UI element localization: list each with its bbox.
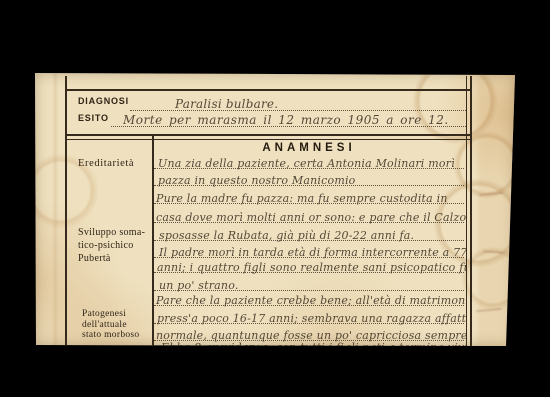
diagnosi-value: Paralisi bulbare.	[175, 97, 278, 111]
table-right-border-inner	[466, 76, 467, 346]
diagnosi-label: DIAGNOSI	[78, 96, 129, 106]
sviluppo-label-line3: Pubertà	[78, 252, 145, 265]
anamnesi-title: ANAMNESI	[152, 142, 466, 154]
handwritten-line: sposasse la Rubata, già più di 20-22 ann…	[159, 229, 414, 242]
sviluppo-label-line1: Sviluppo soma-	[78, 226, 145, 239]
table-top-rule	[65, 89, 472, 91]
handwritten-line: Pure la madre fu pazza: ma fu sempre cus…	[156, 192, 448, 205]
handwritten-line: Una zia della paziente, certa Antonia Mo…	[158, 157, 455, 170]
table-right-border-outer	[470, 76, 472, 346]
section-divider-thin	[65, 139, 472, 140]
ereditarieta-label: Ereditarietà	[78, 158, 134, 169]
handwritten-line: casa dove morì molti anni or sono: e par…	[156, 211, 466, 224]
patogenesi-label: Patogenesi dell'attuale stato morboso	[82, 309, 139, 341]
document-page: DIAGNOSI Paralisi bulbare. ESITO Morte p…	[35, 73, 515, 346]
handwritten-line: anni; i quattro figli sono realmente san…	[157, 261, 466, 274]
handwritten-line: press'a poco 16-17 anni; sembrava una ra…	[157, 312, 466, 325]
handwritten-line: Il padre morì in tarda età di forma inte…	[159, 246, 466, 259]
section-divider-thick	[65, 134, 472, 136]
patogenesi-label-line3: stato morboso	[82, 330, 139, 341]
ink-bleed-mark	[483, 250, 503, 253]
esito-label: ESITO	[78, 113, 109, 123]
patogenesi-label-line2: dell'attuale	[82, 320, 139, 331]
sviluppo-label: Sviluppo soma- tico-psichico Pubertà	[78, 226, 145, 265]
anamnesi-section: ANAMNESI Una zia della paziente, certa A…	[152, 141, 466, 346]
handwritten-line: Pare che la paziente crebbe bene; all'et…	[156, 294, 466, 307]
photo-background: DIAGNOSI Paralisi bulbare. ESITO Morte p…	[0, 0, 550, 397]
handwritten-line: pazza in questo nostro Manicomio	[158, 174, 356, 187]
handwritten-line: Ebbe 8 gravidanze, con tutti i figli nat…	[161, 341, 466, 346]
patogenesi-label-line1: Patogenesi	[82, 309, 139, 320]
esito-value: Morte per marasma il 12 marzo 1905 a ore…	[123, 113, 449, 127]
ink-bleed-mark	[476, 308, 502, 312]
table-left-border	[65, 76, 67, 346]
handwritten-line: un po' strano.	[159, 279, 239, 292]
ink-bleed-mark	[479, 192, 503, 196]
sviluppo-label-line2: tico-psichico	[78, 239, 145, 252]
